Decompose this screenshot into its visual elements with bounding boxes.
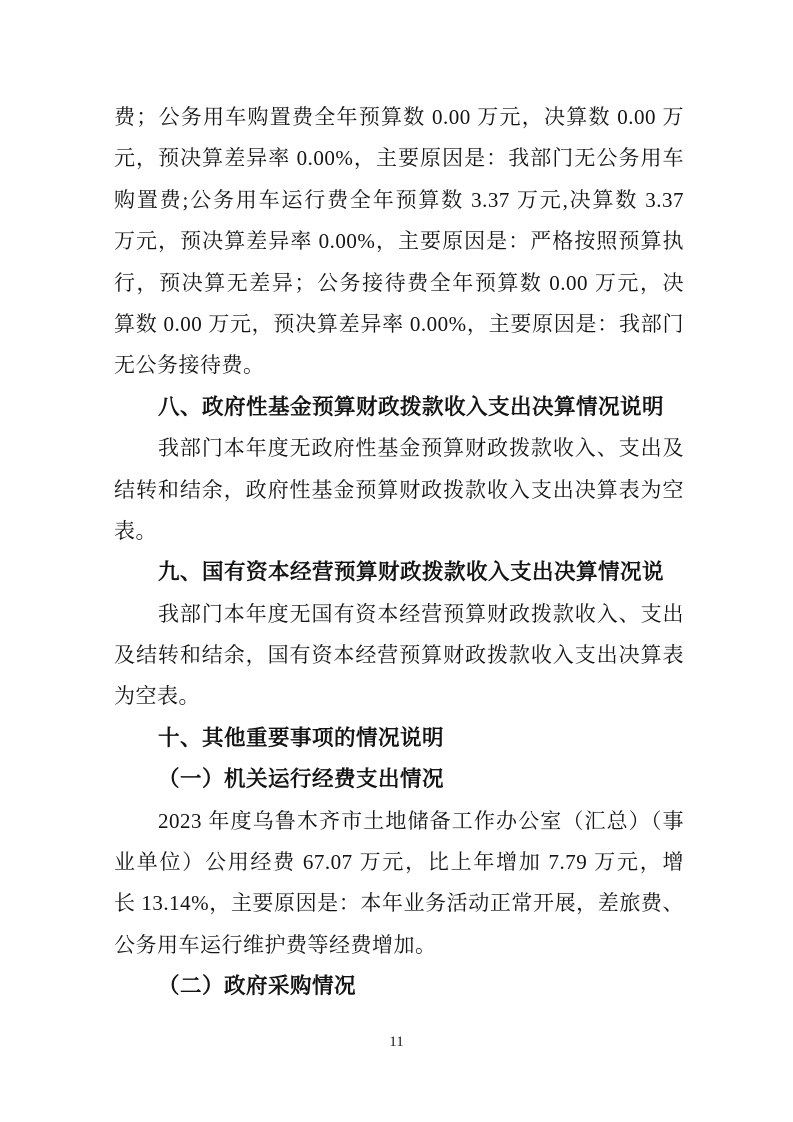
text-line: 为空表。: [114, 676, 684, 717]
text-line: 购置费;公务用车运行费全年预算数 3.37 万元,决算数 3.37: [114, 180, 684, 221]
text-line: 公务用车运行维护费等经费增加。: [114, 925, 684, 966]
document-body: 费；公务用车购置费全年预算数 0.00 万元，决算数 0.00 万 元，预决算差…: [114, 97, 684, 1008]
text-line: 结转和结余，政府性基金预算财政拨款收入支出决算表为空: [114, 470, 684, 511]
section-heading-viii: 八、政府性基金预算财政拨款收入支出决算情况说明: [114, 387, 684, 428]
text-line: 及结转和结余，国有资本经营预算财政拨款收入支出决算表: [114, 635, 684, 676]
text-line: 行，预决算无差异；公务接待费全年预算数 0.00 万元，决: [114, 263, 684, 304]
subsection-heading-1: （一）机关运行经费支出情况: [114, 759, 684, 800]
document-page: 费；公务用车购置费全年预算数 0.00 万元，决算数 0.00 万 元，预决算差…: [0, 0, 793, 1122]
section-heading-x: 十、其他重要事项的情况说明: [114, 718, 684, 759]
text-line: 我部门本年度无国有资本经营预算财政拨款收入、支出: [114, 594, 684, 635]
text-line: 我部门本年度无政府性基金预算财政拨款收入、支出及: [114, 428, 684, 469]
subsection-heading-2: （二）政府采购情况: [114, 966, 684, 1007]
section-heading-ix: 九、国有资本经营预算财政拨款收入支出决算情况说明: [114, 552, 684, 593]
text-line: 表。: [114, 511, 684, 552]
text-line: 算数 0.00 万元，预决算差异率 0.00%，主要原因是：我部门: [114, 304, 684, 345]
text-line: 长 13.14%，主要原因是：本年业务活动正常开展，差旅费、: [114, 883, 684, 924]
text-line: 无公务接待费。: [114, 345, 684, 386]
text-line: 万元，预决算差异率 0.00%，主要原因是：严格按照预算执: [114, 221, 684, 262]
text-line: 元，预决算差异率 0.00%，主要原因是：我部门无公务用车: [114, 138, 684, 179]
text-line: 费；公务用车购置费全年预算数 0.00 万元，决算数 0.00 万: [114, 97, 684, 138]
text-line: 业单位）公用经费 67.07 万元，比上年增加 7.79 万元，增: [114, 842, 684, 883]
page-number: 11: [0, 1034, 793, 1051]
text-line: 2023 年度乌鲁木齐市土地储备工作办公室（汇总）（事: [114, 801, 684, 842]
